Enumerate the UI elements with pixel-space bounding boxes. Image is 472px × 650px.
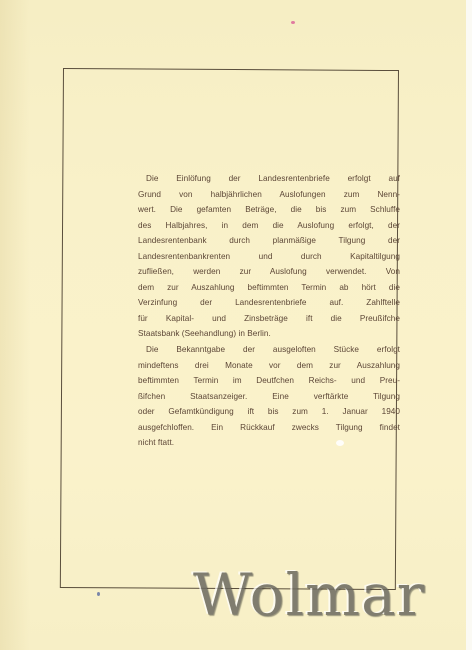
- text-line: dem zur Auszahlung beftimmten Termin ab …: [138, 280, 400, 296]
- text-line: nicht ftatt.: [138, 435, 400, 451]
- text-line: zufließen, werden zur Auslofung verwende…: [138, 264, 400, 280]
- paper-speck: [97, 592, 100, 596]
- text-line: für Kapital- und Zinsbeträge ift die Pre…: [138, 311, 400, 327]
- text-line: des Halbjahres, in dem die Auslofung erf…: [138, 218, 400, 234]
- document-page: Die Einlöfung der Landesrentenbriefe erf…: [0, 0, 466, 650]
- text-line: Verzinfung der Landesrentenbriefe auf. Z…: [138, 295, 400, 311]
- watermark-text: Wolmar: [193, 566, 425, 624]
- paper-speck: [291, 21, 295, 24]
- paper-speck: [336, 440, 344, 446]
- text-line: Die Einlöfung der Landesrentenbriefe erf…: [138, 171, 400, 187]
- text-line: wert. Die gefamten Beträge, die bis zum …: [138, 202, 400, 218]
- text-line: beftimmten Termin im Deutfchen Reichs- u…: [138, 373, 400, 389]
- terms-text-block: Die Einlöfung der Landesrentenbriefe erf…: [138, 171, 400, 451]
- text-line: Staatsbank (Seehandlung) in Berlin.: [138, 326, 400, 342]
- text-line: oder Gefamtkündigung ift bis zum 1. Janu…: [138, 404, 400, 420]
- text-line: ßifchen Staatsanzeiger. Eine verftärkte …: [138, 389, 400, 405]
- text-line: mindeftens drei Monate vor dem zur Ausza…: [138, 358, 400, 374]
- text-line: Grund von halbjährlichen Auslofungen zum…: [138, 187, 400, 203]
- paragraph-announcement: Die Bekanntgabe der ausgeloften Stücke e…: [138, 342, 400, 451]
- text-line: Landesrentenbank durch planmäßige Tilgun…: [138, 233, 400, 249]
- paragraph-redemption: Die Einlöfung der Landesrentenbriefe erf…: [138, 171, 400, 342]
- text-line: ausgefchloffen. Ein Rückkauf zwecks Tilg…: [138, 420, 400, 436]
- text-line: Landesrentenbankrenten und durch Kapital…: [138, 249, 400, 265]
- scan-edge: [466, 0, 472, 650]
- text-line: Die Bekanntgabe der ausgeloften Stücke e…: [138, 342, 400, 358]
